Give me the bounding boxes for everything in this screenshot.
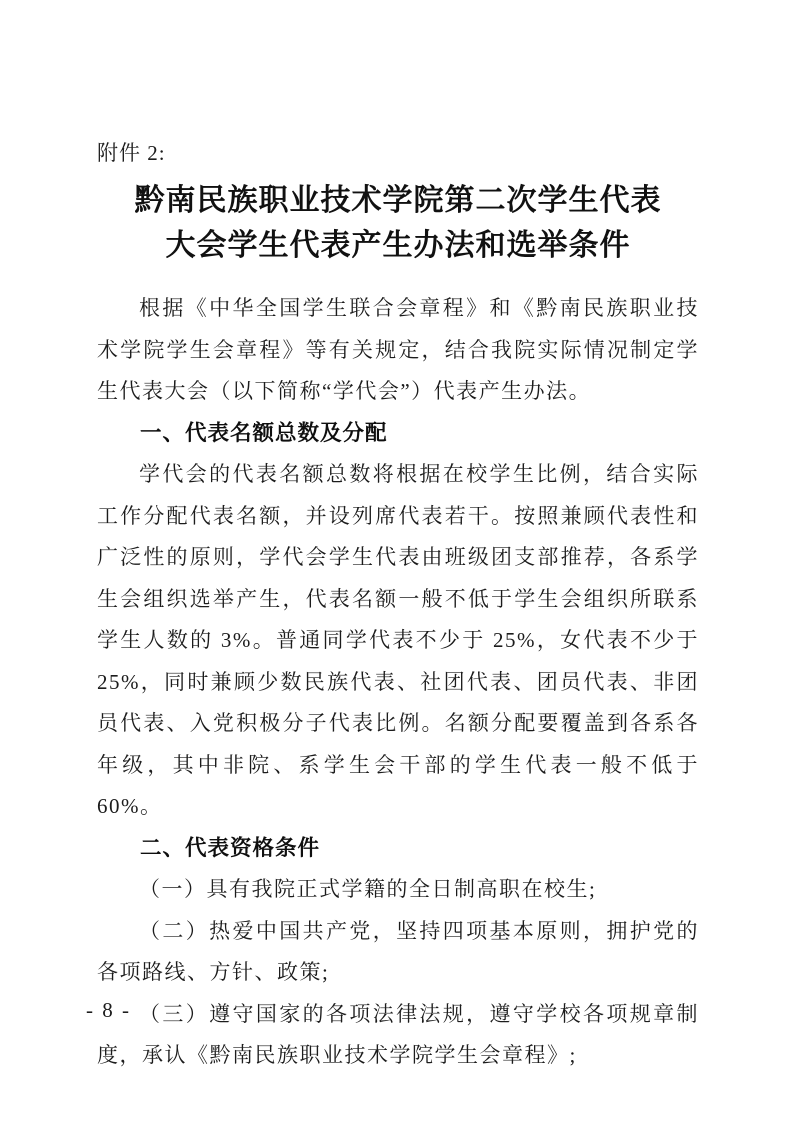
- document-title-line-1: 黔南民族职业技术学院第二次学生代表: [97, 178, 699, 223]
- intro-paragraph: 根据《中华全国学生联合会章程》和《黔南民族职业技术学院学生会章程》等有关规定，结…: [97, 288, 699, 413]
- document-content: 附件 2: 黔南民族职业技术学院第二次学生代表 大会学生代表产生办法和选举条件 …: [97, 138, 699, 1077]
- section-2-heading: 二、代表资格条件: [97, 828, 699, 870]
- document-title: 黔南民族职业技术学院第二次学生代表 大会学生代表产生办法和选举条件: [97, 178, 699, 268]
- section-1-paragraph: 学代会的代表名额总数将根据在校学生比例，结合实际工作分配代表名额，并设列席代表若…: [97, 454, 699, 828]
- section-2-item-1: （一）具有我院正式学籍的全日制高职在校生;: [97, 869, 699, 911]
- document-page: 附件 2: 黔南民族职业技术学院第二次学生代表 大会学生代表产生办法和选举条件 …: [0, 0, 793, 1122]
- document-body: 根据《中华全国学生联合会章程》和《黔南民族职业技术学院学生会章程》等有关规定，结…: [97, 288, 699, 1077]
- attachment-label: 附件 2:: [97, 138, 699, 168]
- section-2-item-2: （二）热爱中国共产党，坚持四项基本原则，拥护党的各项路线、方针、政策;: [97, 911, 699, 994]
- section-2-item-3: （三）遵守国家的各项法律法规，遵守学校各项规章制度，承认《黔南民族职业技术学院学…: [97, 994, 699, 1077]
- page-number: - 8 -: [86, 998, 131, 1023]
- document-title-line-2: 大会学生代表产生办法和选举条件: [97, 223, 699, 268]
- section-1-heading: 一、代表名额总数及分配: [97, 413, 699, 455]
